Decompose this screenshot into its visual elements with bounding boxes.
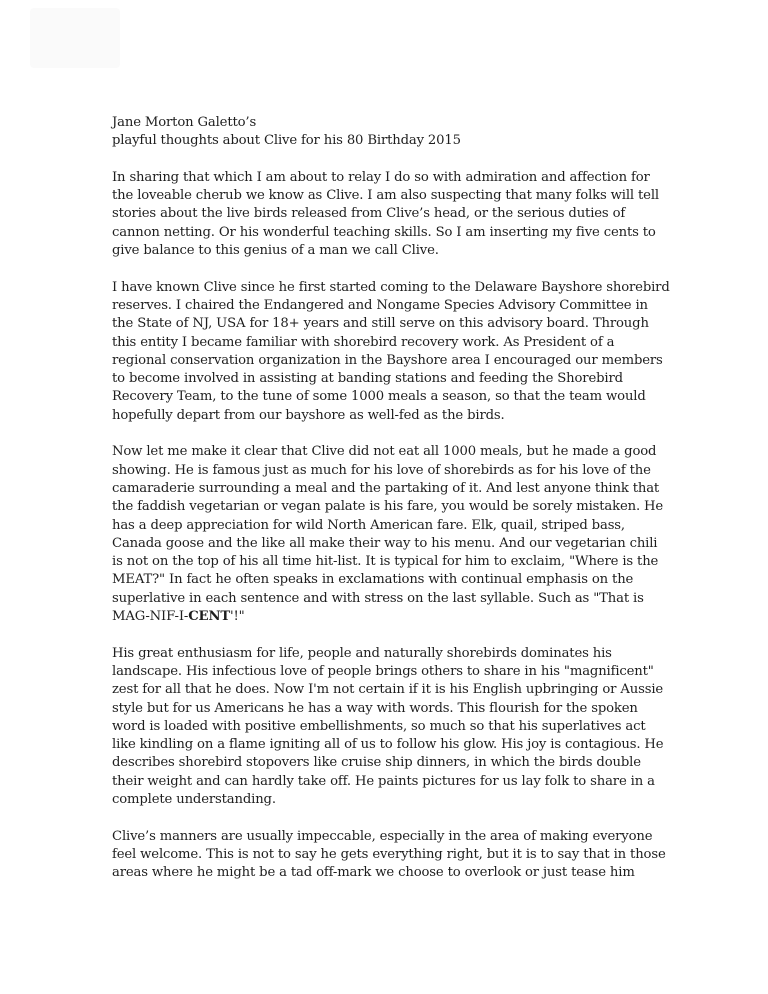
text-line: is not on the top of his all time hit-li…	[112, 553, 672, 571]
text-line: the faddish vegetarian or vegan palate i…	[112, 498, 672, 516]
text-line: hopefully depart from our bayshore as we…	[112, 407, 672, 425]
paragraph-1: In sharing that which I am about to rela…	[112, 169, 672, 260]
paragraph-4: His great enthusiasm for life, people an…	[112, 645, 672, 810]
text-line: zest for all that he does. Now I'm not c…	[112, 681, 672, 699]
text-line: regional conservation organization in th…	[112, 352, 672, 370]
text-line: His great enthusiasm for life, people an…	[112, 645, 672, 663]
text-line: has a deep appreciation for wild North A…	[112, 517, 672, 535]
text-line: word is loaded with positive embellishme…	[112, 718, 672, 736]
paragraph-5: Clive’s manners are usually impeccable, …	[112, 828, 672, 883]
text-line: style but for us Americans he has a way …	[112, 700, 672, 718]
text-line: feel welcome. This is not to say he gets…	[112, 846, 672, 864]
text-line: this entity I became familiar with shore…	[112, 334, 672, 352]
text-line: the loveable cherub we know as Clive. I …	[112, 187, 672, 205]
text-line: Clive’s manners are usually impeccable, …	[112, 828, 672, 846]
paragraph-3: Now let me make it clear that Clive did …	[112, 443, 672, 626]
text-line: superlative in each sentence and with st…	[112, 590, 672, 608]
emphasis-line: MAG-NIF-I-CENT'!"	[112, 608, 672, 626]
text-line: showing. He is famous just as much for h…	[112, 462, 672, 480]
text-line: landscape. His infectious love of people…	[112, 663, 672, 681]
text-line: Recovery Team, to the tune of some 1000 …	[112, 388, 672, 406]
emphasis-prefix: MAG-NIF-I-	[112, 609, 188, 624]
emphasis-bold: CENT	[188, 609, 230, 624]
paragraph-2: I have known Clive since he first starte…	[112, 279, 672, 425]
text-line: their weight and can hardly take off. He…	[112, 773, 672, 791]
text-line: describes shorebird stopovers like cruis…	[112, 754, 672, 772]
text-line: the State of NJ, USA for 18+ years and s…	[112, 315, 672, 333]
text-line: to become involved in assisting at bandi…	[112, 370, 672, 388]
subtitle-line: playful thoughts about Clive for his 80 …	[112, 132, 672, 150]
text-line: camaraderie surrounding a meal and the p…	[112, 480, 672, 498]
text-line: areas where he might be a tad off-mark w…	[112, 864, 672, 882]
scan-artifact	[30, 8, 120, 68]
author-line: Jane Morton Galetto’s	[112, 114, 672, 132]
text-line: cannon netting. Or his wonderful teachin…	[112, 224, 672, 242]
text-line: Canada goose and the like all make their…	[112, 535, 672, 553]
text-line: reserves. I chaired the Endangered and N…	[112, 297, 672, 315]
text-line: Now let me make it clear that Clive did …	[112, 443, 672, 461]
text-line: I have known Clive since he first starte…	[112, 279, 672, 297]
text-line: MEAT?" In fact he often speaks in exclam…	[112, 571, 672, 589]
document-body: Jane Morton Galetto’s playful thoughts a…	[112, 114, 672, 882]
document-page: Jane Morton Galetto’s playful thoughts a…	[0, 0, 768, 994]
text-line: like kindling on a flame igniting all of…	[112, 736, 672, 754]
document-heading: Jane Morton Galetto’s playful thoughts a…	[112, 114, 672, 151]
emphasis-suffix: '!"	[230, 609, 245, 624]
text-line: complete understanding.	[112, 791, 672, 809]
text-line: give balance to this genius of a man we …	[112, 242, 672, 260]
text-line: stories about the live birds released fr…	[112, 205, 672, 223]
text-line: In sharing that which I am about to rela…	[112, 169, 672, 187]
